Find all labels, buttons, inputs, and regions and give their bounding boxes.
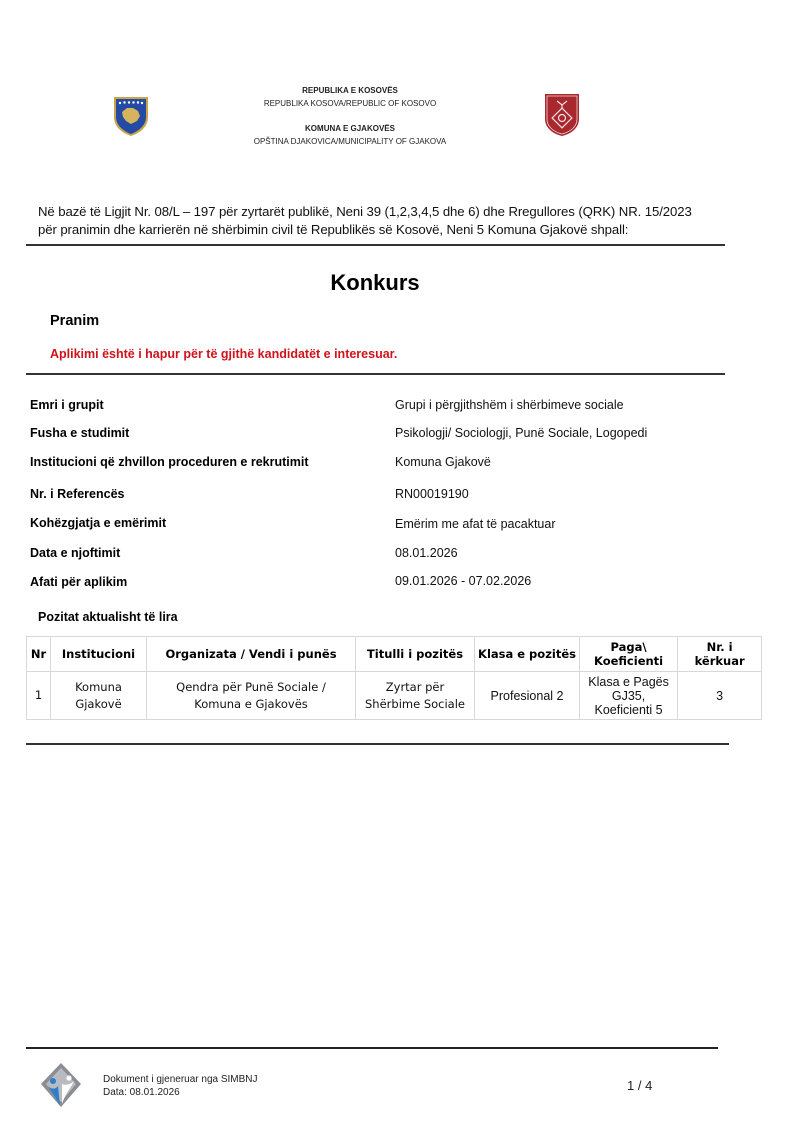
divider <box>26 244 725 246</box>
generated-by-text: Dokument i gjeneruar nga SIMBNJ <box>103 1073 258 1086</box>
field-label-appointment-duration: Kohëzgjatja e emërimit <box>30 516 166 530</box>
country-subtitle: REPUBLIKA KOSOVA/REPUBLIC OF KOSOVO <box>240 99 460 108</box>
divider <box>26 743 729 745</box>
field-value-reference-number: RN00019190 <box>395 487 469 501</box>
table-header-row: Nr Institucioni Organizata / Vendi i pun… <box>27 637 762 672</box>
legal-basis-line-2: për pranimin dhe karrierën në shërbimin … <box>38 221 738 239</box>
country-title: REPUBLIKA E KOSOVËS <box>240 86 460 95</box>
field-value-field-of-study: Psikologji/ Sociologji, Punë Sociale, Lo… <box>395 426 647 440</box>
cell-position-title: Zyrtar për Shërbime Sociale <box>356 672 475 720</box>
legal-basis-text: Në bazë të Ligjit Nr. 08/L – 197 për zyr… <box>38 203 738 239</box>
field-value-institution: Komuna Gjakovë <box>395 455 491 469</box>
positions-section-label: Pozitat aktualisht të lira <box>38 610 178 624</box>
field-label-group-name: Emri i grupit <box>30 398 104 412</box>
field-value-appointment-duration: Emërim me afat të pacaktuar <box>395 517 555 531</box>
table-row: 1 Komuna Gjakovë Qendra për Punë Sociale… <box>27 672 762 720</box>
field-value-application-deadline: 09.01.2026 - 07.02.2026 <box>395 574 531 588</box>
municipality-subtitle: OPŠTINA DJAKOVICA/MUNICIPALITY OF GJAKOV… <box>240 137 460 146</box>
gjakova-municipality-emblem-icon <box>544 93 580 137</box>
field-label-notice-date: Data e njoftimit <box>30 546 120 560</box>
announcement-type: Pranim <box>50 313 99 329</box>
footer-divider <box>26 1047 718 1049</box>
cell-organization: Qendra për Punë Sociale / Komuna e Gjako… <box>147 672 356 720</box>
open-application-notice: Aplikimi është i hapur për të gjithë kan… <box>50 347 397 361</box>
divider <box>26 373 725 375</box>
positions-table: Nr Institucioni Organizata / Vendi i pun… <box>26 636 762 720</box>
cell-required-count: 3 <box>678 672 762 720</box>
field-label-application-deadline: Afati për aplikim <box>30 575 127 589</box>
column-header-nr: Nr <box>27 637 51 672</box>
municipality-title: KOMUNA E GJAKOVËS <box>240 124 460 133</box>
column-header-salary: Paga\ Koeficienti <box>580 637 678 672</box>
legal-basis-line-1: Në bazë të Ligjit Nr. 08/L – 197 për zyr… <box>38 203 738 221</box>
generated-date-text: Data: 08.01.2026 <box>103 1086 258 1099</box>
field-label-institution: Institucioni që zhvillon proceduren e re… <box>30 455 309 469</box>
page-title: Konkurs <box>0 270 750 296</box>
page-number: 1 / 4 <box>627 1078 652 1093</box>
field-label-field-of-study: Fusha e studimit <box>30 426 129 440</box>
column-header-organization: Organizata / Vendi i punës <box>147 637 356 672</box>
field-value-notice-date: 08.01.2026 <box>395 546 458 560</box>
column-header-required-count: Nr. i kërkuar <box>678 637 762 672</box>
column-header-position-title: Titulli i pozitës <box>356 637 475 672</box>
column-header-institution: Institucioni <box>51 637 147 672</box>
cell-institution: Komuna Gjakovë <box>51 672 147 720</box>
simbnj-logo-icon <box>40 1062 82 1108</box>
column-header-position-class: Klasa e pozitës <box>475 637 580 672</box>
field-label-reference-number: Nr. i Referencës <box>30 487 125 501</box>
footer-info: Dokument i gjeneruar nga SIMBNJ Data: 08… <box>103 1073 258 1099</box>
kosovo-coat-of-arms-icon <box>112 95 150 137</box>
cell-nr: 1 <box>27 672 51 720</box>
cell-salary: Klasa e Pagës GJ35, Koeficienti 5 <box>580 672 678 720</box>
cell-position-class: Profesional 2 <box>475 672 580 720</box>
field-value-group-name: Grupi i përgjithshëm i shërbimeve social… <box>395 398 624 412</box>
